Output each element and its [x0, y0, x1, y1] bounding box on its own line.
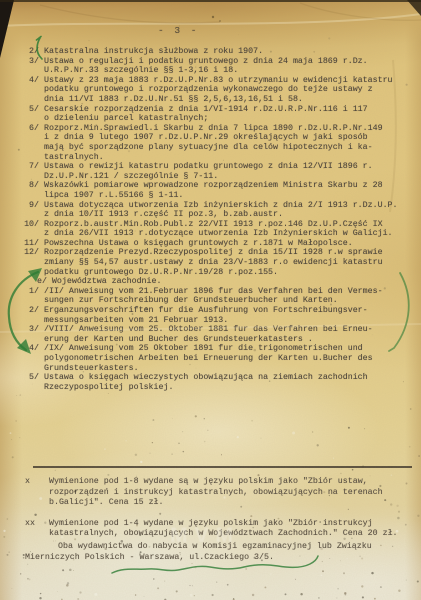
document-body: 2/Katastralna instrukcja służbowa z roku…	[20, 47, 419, 392]
item-text: /IX/ Anweisung vom 25 Oktober 1891 fur d…	[44, 344, 419, 373]
list-item: 3//VIII/ Anweisung vom 25. Oktober 1881 …	[20, 325, 419, 344]
list-item: xWymienione pod 1-8 wydane są w języku p…	[20, 477, 417, 509]
item-number: 7/	[20, 162, 39, 181]
item-number: 5/	[20, 373, 39, 392]
list-item: 6/Rozporz.Min.Sprawiedl.i Skarbu z dnia …	[20, 124, 419, 162]
item-text: Ustawy z 23 maja 1883 r.Dz.U.P.Nr.83 o u…	[44, 76, 419, 105]
item-number: 8/	[20, 181, 39, 200]
item-text: Ustawa o księgach wieczystych obowiązują…	[44, 373, 419, 392]
item-number: 4/	[20, 76, 39, 105]
item-number: 9/	[20, 201, 39, 220]
list-item: 2/Katastralna instrukcja służbowa z roku…	[20, 47, 419, 57]
legal-list-western: 1//II/ Anweisung vom 21.Februar 1896 fur…	[20, 287, 419, 393]
item-number: 12/	[20, 248, 39, 277]
item-number: 10/	[20, 220, 39, 239]
list-item: 4//IX/ Anweisung vom 25 Oktober 1891 fur…	[20, 344, 419, 373]
item-text: Katastralna instrukcja służbowa z roku 1…	[44, 47, 419, 57]
item-text: Wskazówki pomiarowe wprowadzone rozporzą…	[44, 181, 419, 200]
legal-list-galicia: 2/Katastralna instrukcja służbowa z roku…	[20, 47, 419, 277]
page-edge-shadow	[0, 0, 421, 2]
item-text: Rozporz.b.austr.Min.Rob.Publ.z 22/VII 19…	[44, 220, 419, 239]
item-number: 3/	[20, 325, 39, 344]
list-item: 2/Erganzungsvorschriften fur die Ausfuhr…	[20, 306, 419, 325]
list-item: 7/Ustawa o rewizji katastru podatku grun…	[20, 162, 419, 181]
item-text: Wymienione pod 1-8 wydane są w języku po…	[49, 477, 417, 509]
item-text: Ustawa o rewizji katastru podatku grunto…	[44, 162, 419, 181]
item-number: 2/	[20, 47, 39, 57]
item-number: 3/	[20, 57, 39, 76]
section-heading-western-voivodeships: e/ Województwa zachodnie.	[37, 277, 419, 287]
list-item: 1//II/ Anweisung vom 21.Februar 1896 fur…	[20, 287, 419, 306]
list-item: 5/Cesarskie rozporządzenia z dnia 1/VI-1…	[20, 105, 419, 124]
item-text: /VIII/ Anweisung vom 25. Oktober 1881 fu…	[44, 325, 419, 344]
separator-line	[33, 466, 412, 468]
item-text: /II/ Anweisung vom 21.Februar 1896 fur d…	[44, 287, 419, 306]
item-number: 2/	[20, 306, 39, 325]
list-item: 9/Ustawa dotycząca utworzenia Izb inżyni…	[20, 201, 419, 220]
item-text: Rozporządzenie Prezyd.Rzeczypospolitej z…	[44, 248, 419, 277]
item-text: Ustawa o regulacji i podatku gruntowego …	[44, 57, 419, 76]
item-number: 6/	[20, 124, 39, 162]
list-item: 3/Ustawa o regulacji i podatku gruntoweg…	[20, 57, 419, 76]
list-item: 4/Ustawy z 23 maja 1883 r.Dz.U.P.Nr.83 o…	[20, 76, 419, 105]
document-scan: - 3 - 2/Katastralna instrukcja służbowa …	[0, 0, 421, 600]
item-number: 1/	[20, 287, 39, 306]
purchase-note: Oba wydawnictwa do nabycia w Komisji egz…	[25, 542, 385, 564]
page-number: - 3 -	[158, 25, 199, 36]
item-number: xx	[20, 519, 44, 540]
item-text: Cesarskie rozporządzenia z dnia 1/VI-191…	[44, 105, 419, 124]
item-number: 5/	[20, 105, 39, 124]
list-item: 10/Rozporz.b.austr.Min.Rob.Publ.z 22/VII…	[20, 220, 419, 239]
item-text: Ustawa dotycząca utworzenia Izb inżynier…	[44, 201, 419, 220]
list-item: 5/Ustawa o księgach wieczystych obowiązu…	[20, 373, 419, 392]
item-number: x	[20, 477, 44, 509]
item-text: Erganzungsvorschriften fur die Ausfuhrun…	[44, 306, 419, 325]
item-number: 4/	[20, 344, 39, 373]
list-item: 12/Rozporządzenie Prezyd.Rzeczypospolite…	[20, 248, 419, 277]
list-item: 8/Wskazówki pomiarowe wprowadzone rozpor…	[20, 181, 419, 200]
item-text: Rozporz.Min.Sprawiedl.i Skarbu z dnia 7 …	[44, 124, 419, 162]
